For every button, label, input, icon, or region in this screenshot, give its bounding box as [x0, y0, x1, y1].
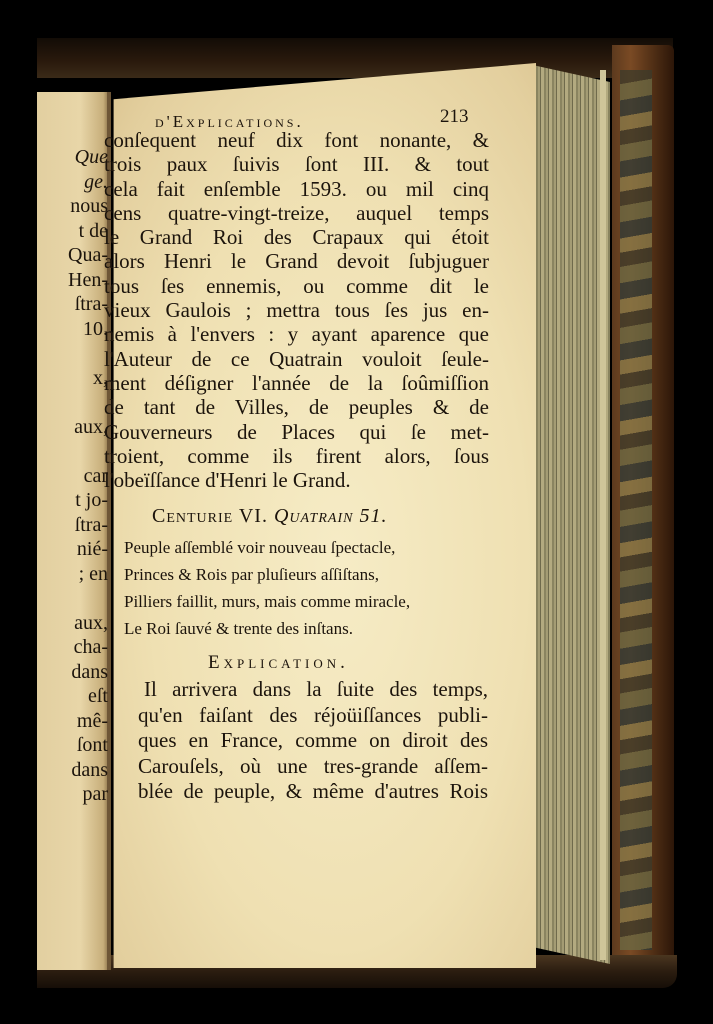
left-page-text-fragments: Que ge. nous t de Qua- Hen- ſtra- 10. x,… [38, 145, 108, 807]
left-fragment-line [38, 439, 108, 464]
left-fragment-line: dans [38, 758, 108, 783]
left-fragment-line: car [38, 464, 108, 489]
centurie-label: Centurie VI. [152, 505, 268, 527]
explication-line: qu'en faiſant des réjoüiſſances publi- [138, 703, 488, 729]
left-fragment-line: ſtra- [38, 292, 108, 317]
explication-line: ques en France, comme on diroit des [138, 728, 488, 754]
left-fragment-line: ſtra- [38, 513, 108, 538]
left-fragment-line: Qua- [38, 243, 108, 268]
body-line: cens quatre-vingt-treize, auquel temps [104, 201, 489, 225]
left-fragment-line: nié- [38, 537, 108, 562]
left-fragment-line: Hen- [38, 268, 108, 293]
left-fragment-line: ge. [38, 170, 108, 195]
body-line: trois paux ſuivis ſont III. & tout [104, 152, 489, 176]
body-line: de tant de Villes, de peuples & de [104, 395, 489, 419]
left-fragment-line: 10. [38, 317, 108, 342]
verse-line: Princes & Rois par pluſieurs aſſiſtans, [124, 561, 410, 588]
body-line: Gouverneurs de Places qui ſe met- [104, 420, 489, 444]
explication-line: Il arrivera dans la ſuite des temps, [138, 677, 488, 703]
left-fragment-line: nous [38, 194, 108, 219]
explication-heading: Explication. [208, 652, 349, 674]
explication-line: blée de peuple, & même d'autres Rois [138, 779, 488, 805]
left-fragment-line: dans [38, 660, 108, 685]
left-fragment-line: ; en [38, 562, 108, 587]
verse-line: Peuple aſſemblé voir nouveau ſpectacle, [124, 534, 410, 561]
left-fragment-line: t jo- [38, 488, 108, 513]
body-line: cela fait enſemble 1593. ou mil cinq [104, 177, 489, 201]
explication-paragraph: Il arrivera dans la ſuite des temps, qu'… [138, 677, 488, 805]
left-fragment-line [38, 390, 108, 415]
quatrain-label: Quatrain 51. [274, 505, 387, 527]
centurie-heading: Centurie VI. Quatrain 51. [152, 505, 387, 528]
body-line: nemis à l'envers : y ayant aparence que [104, 322, 489, 346]
left-fragment-line: cha- [38, 635, 108, 660]
marbled-endpaper [620, 70, 652, 950]
left-fragment-line [38, 341, 108, 366]
body-line: l'Auteur de ce Quatrain vouloit ſeule- [104, 347, 489, 371]
body-paragraph: conſequent neuf dix font nonante, & troi… [104, 128, 489, 492]
body-line: alors Henri le Grand devoit ſubjuguer [104, 249, 489, 273]
body-line: ment déſigner l'année de la ſoûmiſſion [104, 371, 489, 395]
left-fragment-line: eſt [38, 684, 108, 709]
body-line: troient, comme ils firent alors, ſous [104, 444, 489, 468]
quatrain-verse: Peuple aſſemblé voir nouveau ſpectacle, … [124, 534, 410, 642]
body-line: l'obeïſſance d'Henri le Grand. [104, 468, 489, 492]
verse-line: Pilliers faillit, murs, mais comme mirac… [124, 588, 410, 615]
left-fragment-line: mê- [38, 709, 108, 734]
body-line: conſequent neuf dix font nonante, & [104, 128, 489, 152]
left-fragment-line [38, 586, 108, 611]
left-fragment-line: ſont [38, 733, 108, 758]
book-cover-top-edge [37, 38, 673, 78]
body-line: vieux Gaulois ; mettra tous ſes jus en- [104, 298, 489, 322]
left-fragment-line: aux, [38, 611, 108, 636]
verse-line: Le Roi ſauvé & trente des inſtans. [124, 615, 410, 642]
explication-line: Carouſels, où une tres-grande aſſem- [138, 754, 488, 780]
left-fragment-line: Que [38, 145, 108, 170]
left-fragment-line: t de [38, 219, 108, 244]
page-fore-edge-rim [600, 70, 606, 960]
left-fragment-line: aux, [38, 415, 108, 440]
body-line: tous ſes ennemis, ou comme dit le [104, 274, 489, 298]
page-fore-edge [528, 64, 610, 964]
left-fragment-line: par [38, 782, 108, 807]
left-fragment-line: x, [38, 366, 108, 391]
page-number: 213 [440, 106, 469, 128]
body-line: le Grand Roi des Crapaux qui étoit [104, 225, 489, 249]
